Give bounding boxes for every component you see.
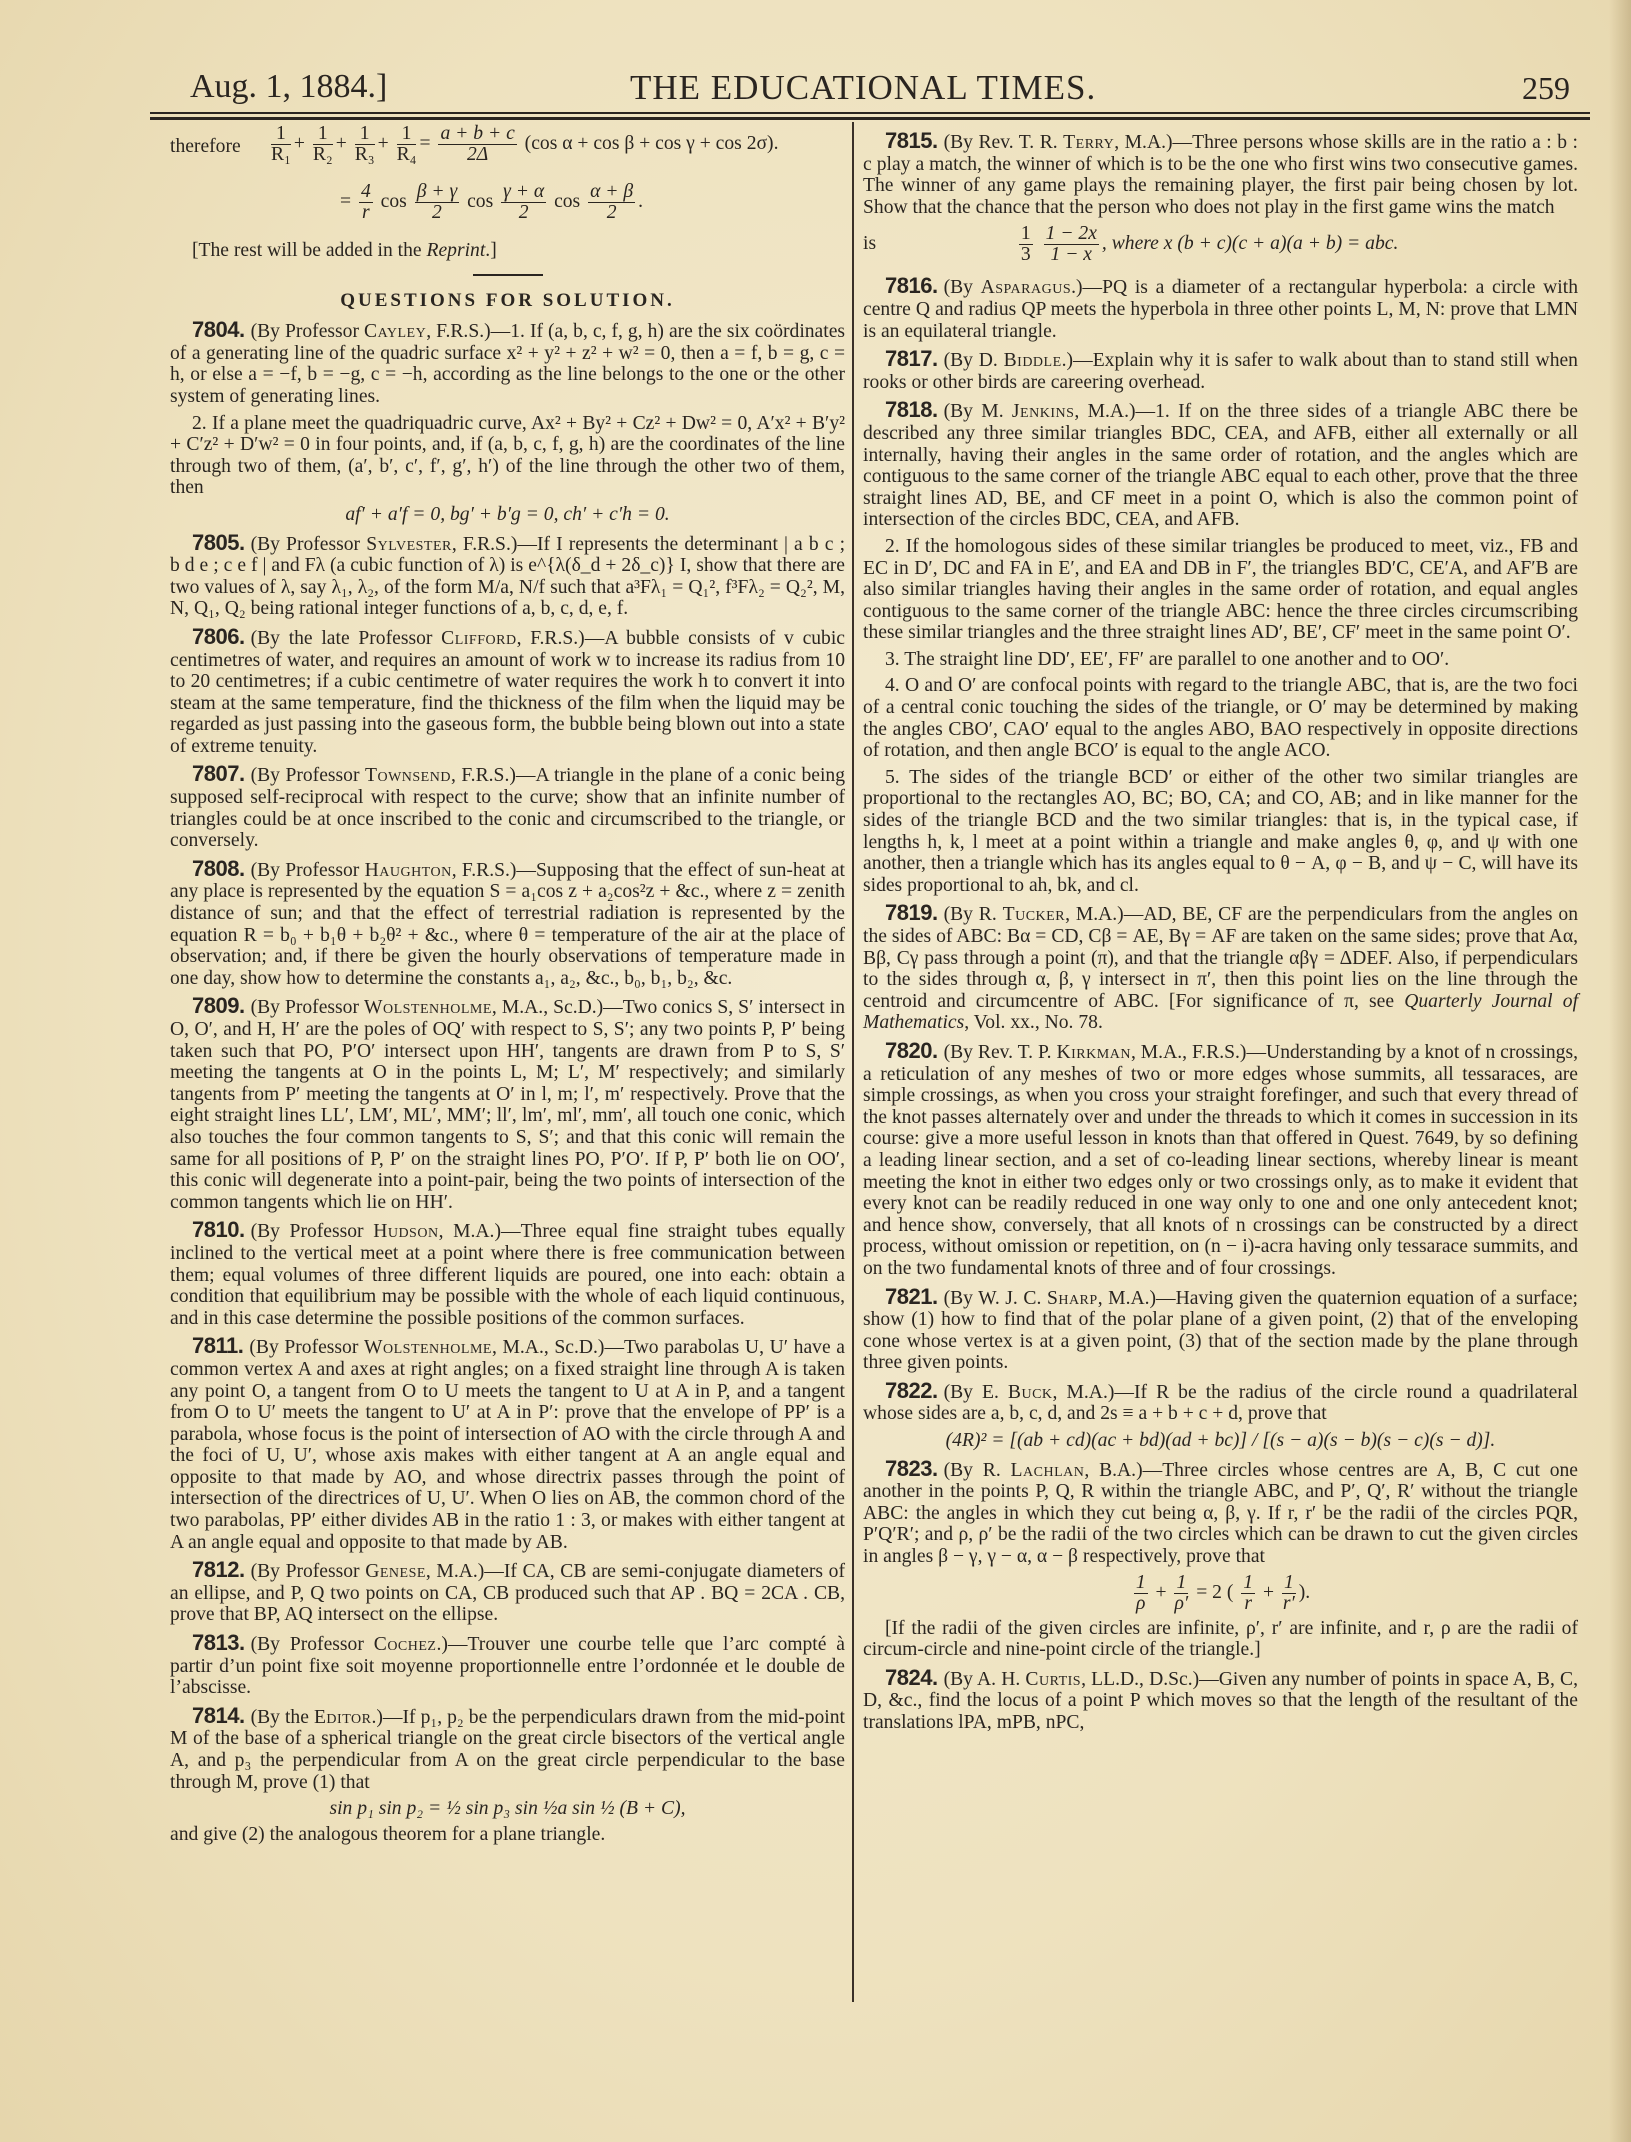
- question-7810: 7810.(By Professor Hudson, M.A.)—Three e…: [170, 1219, 845, 1329]
- question-7816: 7816.(By Asparagus.)—PQ is a diameter of…: [863, 275, 1578, 342]
- page-header: Aug. 1, 1884.] THE EDUCATIONAL TIMES. 25…: [150, 68, 1590, 108]
- issue-date: Aug. 1, 1884.]: [190, 68, 387, 106]
- equation-7815: is 13 1 − 2x1 − x, where x (b + c)(c + a…: [863, 224, 1578, 265]
- question-7808: 7808.(By Professor Haughton, F.R.S.)—Sup…: [170, 858, 845, 990]
- question-7811: 7811.(By Professor Wolstenholme, M.A., S…: [170, 1335, 845, 1553]
- question-7805: 7805.(By Professor Sylvester, F.R.S.)—If…: [170, 532, 845, 620]
- formula-line-2: = 4r cos β + γ2 cos γ + α2 cos α + β2.: [340, 182, 643, 223]
- question-7807: 7807.(By Professor Townsend, F.R.S.)—A t…: [170, 763, 845, 851]
- question-7823: 7823.(By R. Lachlan, B.A.)—Three circles…: [863, 1458, 1578, 1661]
- question-7806: 7806.(By the late Professor Clifford, F.…: [170, 626, 845, 758]
- question-7822: 7822.(By E. Buck, M.A.)—If R be the radi…: [863, 1380, 1578, 1452]
- publication-title: THE EDUCATIONAL TIMES.: [630, 68, 1096, 108]
- formula-line-1: 1R₁+ 1R₂+ 1R₃+ 1R₄= a + b + c2Δ (cos α +…: [268, 124, 778, 165]
- question-7809: 7809.(By Professor Wolstenholme, M.A., S…: [170, 995, 845, 1213]
- question-7815: 7815.(By Rev. T. R. Terry, M.A.)—Three p…: [863, 130, 1578, 265]
- header-rule-thick: [150, 117, 1590, 120]
- newspaper-page: Aug. 1, 1884.] THE EDUCATIONAL TIMES. 25…: [0, 0, 1631, 2142]
- header-rule-thin: [150, 112, 1590, 114]
- question-7804: 7804.(By Professor Cayley, F.R.S.)—1. If…: [170, 319, 845, 525]
- right-column: 7815.(By Rev. T. R. Terry, M.A.)—Three p…: [863, 130, 1578, 1740]
- closing-formula: therefore 1R₁+ 1R₂+ 1R₃+ 1R₄= a + b + c2…: [170, 124, 845, 244]
- question-7812: 7812.(By Professor Genese, M.A.)—If CA, …: [170, 1559, 845, 1626]
- question-7824: 7824.(By A. H. Curtis, LL.D., D.Sc.)—Giv…: [863, 1667, 1578, 1734]
- question-7821: 7821.(By W. J. C. Sharp, M.A.)—Having gi…: [863, 1286, 1578, 1374]
- left-column: therefore 1R₁+ 1R₂+ 1R₃+ 1R₄= a + b + c2…: [170, 124, 845, 1851]
- question-7819: 7819.(By R. Tucker, M.A.)—AD, BE, CF are…: [863, 902, 1578, 1034]
- question-7814: 7814.(By the Editor.)—If p₁, p₂ be the p…: [170, 1705, 845, 1846]
- question-7817: 7817.(By D. Biddle.)—Explain why it is s…: [863, 348, 1578, 393]
- question-7818: 7818.(By M. Jenkins, M.A.)—1. If on the …: [863, 399, 1578, 896]
- page-number: 259: [1522, 70, 1570, 107]
- page-edge-shadow: [1609, 0, 1631, 2142]
- section-heading: QUESTIONS FOR SOLUTION.: [170, 290, 845, 312]
- section-divider: [473, 274, 543, 276]
- question-7820: 7820.(By Rev. T. P. Kirkman, M.A., F.R.S…: [863, 1040, 1578, 1280]
- column-divider: [852, 122, 854, 2002]
- question-7813: 7813.(By Professor Cochez.)—Trouver une …: [170, 1632, 845, 1699]
- equation-7823: 1ρ + 1ρ′ = 2 ( 1r + 1r′).: [863, 1573, 1578, 1614]
- formula-label: therefore: [170, 136, 241, 158]
